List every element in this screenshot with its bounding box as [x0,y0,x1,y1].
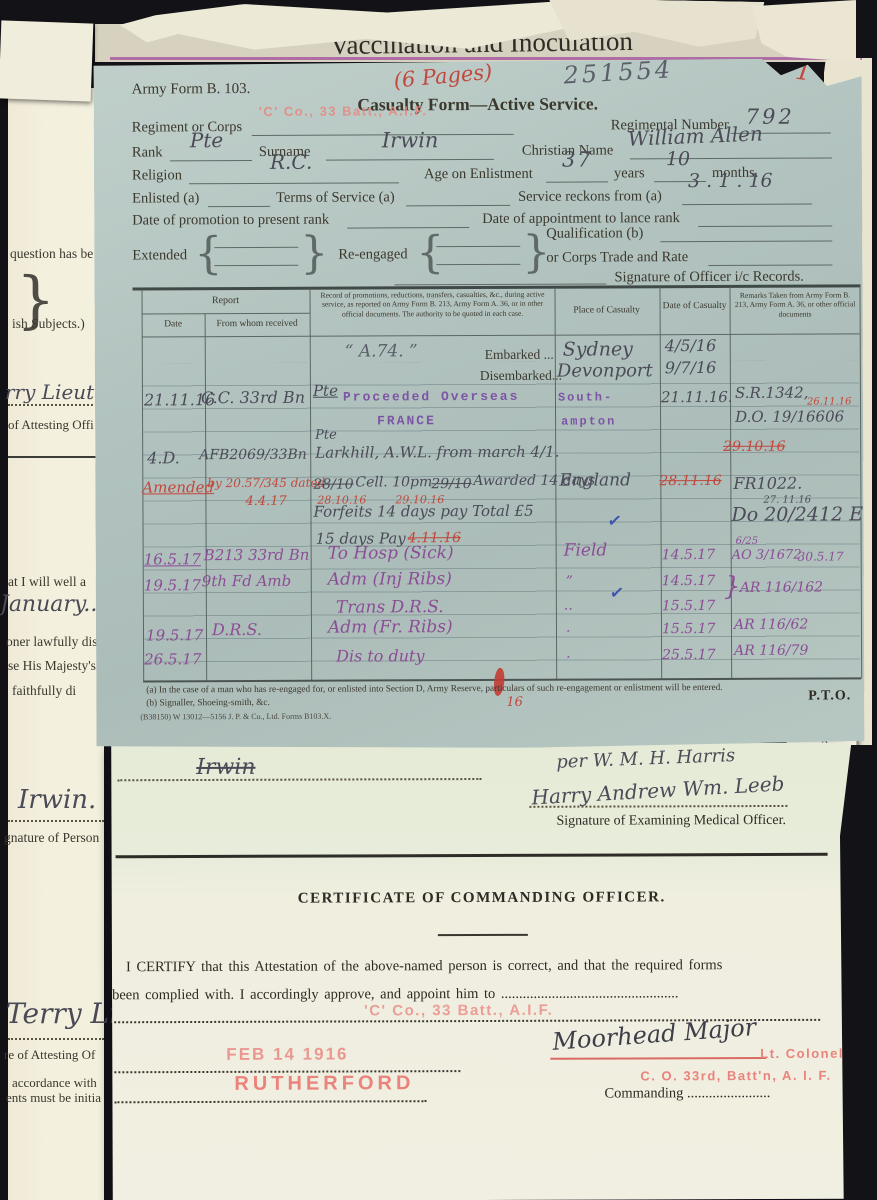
reengaged-line-2 [436,248,520,265]
years-label: years [614,165,645,182]
left-frag-terry-signature: Terry Li [6,998,118,1030]
enlisted-line [208,190,270,207]
regiment-unit-stamp: 'C' Co., 33 Batt., A.I.F. [259,104,428,120]
left-frag-attesting-1: of Attesting Offi [8,418,94,433]
age-label: Age on Enlistment [424,166,533,183]
forfeit-remark: Do 20/2412 E. [731,504,869,526]
admitted1-remark: AR 116/162 [740,580,823,596]
overseas-place-top: South- [558,391,613,405]
col-header-date: Date [142,319,205,330]
left-frag-irwin-signature: Irwin. [18,786,96,816]
title-underline-rule [438,934,528,936]
col-header-from: From whom received [205,319,310,330]
overseas-remark-2: D.O. 19/16606 [735,408,844,426]
certify-body-line-2: been complied with. I accordingly approv… [112,985,679,1004]
overseas-from: C.C. 33rd Bn [201,389,305,408]
black-edge-bottom-right [840,745,877,1200]
transfer-record: Trans D.R.S. [336,598,444,618]
medical-officer-signature: Harry Andrew Wm. Leeb [531,772,785,809]
corps-trade-label: or Corps Trade and Rate [546,249,688,266]
reckons-label: Service reckons from (a) [518,188,662,205]
disembark-date: 9/7/16 [665,359,717,378]
date-stamp: FEB 14 1916 [226,1044,348,1064]
overseas-remark-1: S.R.1342, [735,385,809,403]
left-frag-question: question has be [10,246,93,262]
amended-casualty-date: 28.11.16 [659,473,721,489]
amended-stamp: Amended [142,479,214,497]
pages-note: (6 Pages) [393,60,494,93]
terms-label: Terms of Service (a) [276,189,395,206]
overseas-rank: Pte [313,383,338,400]
hospital-remark-small: 6/25 [736,536,759,548]
forfeit-record: Forfeits 14 days pay Total £5 [313,503,533,521]
scanned-documents-stage: Vaccination and Inoculation 16/2 questio… [0,0,877,1200]
admitted1-from: 9th Fd Amb [202,573,292,591]
rank-value: Pte [190,129,223,152]
ship-number: “ A.74. ” [345,342,418,362]
page-number: 1 [794,58,813,87]
admitted2-casualty-date: 15.5.17 [662,621,716,637]
records-sig-line [394,267,606,285]
disembarked-label: Disembarked... [480,368,562,384]
qualification-line [660,224,832,242]
admitted2-record: Adm (Fr. Ribs) [328,618,453,638]
left-frag-sig-person: gnature of Person [4,830,99,846]
admitted2-date: 19.5.17 [146,627,203,644]
col-header-casualty-date: Date of Casualty [662,301,728,312]
duty-record: Dis to duty [336,647,424,666]
age-years-value: 37 [562,148,593,172]
enlisted-label: Enlisted (a) [132,190,199,207]
footnote-a: (a) In the case of a man who has re-enga… [146,683,722,696]
awl-from: AFB2069/33Bn [199,447,307,464]
duty-casualty-date: 25.5.17 [662,647,716,663]
embarked-label: Embarked ... [485,347,554,363]
admitted2-remark: AR 116/62 [734,617,808,633]
awl-date: 4.D. [147,449,180,468]
duty-place-ditto: . [566,646,571,662]
black-corner-top-right [856,0,877,58]
corps-trade-line [708,248,832,266]
promotion-label: Date of promotion to present rank [132,212,329,230]
amended-note-date: 4.4.17 [245,495,286,510]
rank-label: Rank [132,144,163,161]
hospital-place: Field [564,541,608,561]
extended-line-1 [214,231,298,248]
left-frag-attesting-2: re of Attesting Of [4,1048,95,1063]
amended-note: by 20.57/345 dated [207,477,325,491]
embark-date: 4/5/16 [665,337,717,356]
medical-signature-dotted-line [529,805,787,808]
left-dotted-line-3 [8,1038,104,1040]
place-stamp: RUTHERFORD [234,1072,414,1096]
amended-struck-2: 29/10 [431,476,471,492]
pto-label: P.T.O. [808,688,851,704]
admitted1-date: 19.5.17 [144,577,201,594]
left-frag-oath-3: se His Majesty's [8,658,96,674]
col-header-remarks: Remarks Taken from Army Form B. 213, Arm… [733,290,858,319]
left-frag-accordance: accordance with [12,1076,97,1091]
overseas-remark-1-date: 26.11.16 [807,396,852,408]
hospital-date: 16.5.17 [144,551,201,568]
per-note: per W. M. H. Harris [556,746,736,774]
reengaged-label: Re-engaged [338,246,407,263]
admitted1-brace: } [724,573,741,603]
hospital-remark-date: 30.5.17 [798,550,844,564]
duty-remark: AR 116/79 [734,643,808,659]
certify-body-line-1: I CERTIFY that this Attestation of the a… [126,957,722,976]
rank-stamp: Lt. Colonel. [760,1047,849,1062]
france-stamp: FRANCE [377,414,436,429]
blue-check-1: ✓ [606,511,623,532]
transfer-place-ditto: .. [564,598,573,614]
imprint: (B38150) W 13012—5156 J. P. & Co., Ltd. … [140,712,331,722]
left-dotted-line-1 [8,404,100,406]
extended-brace-close: } [300,229,328,280]
serial-number: 251554 [563,56,674,90]
admitted2-from: D.R.S. [212,621,262,640]
amended-remark: FR1022. [733,475,802,494]
medical-name-dotted-line [117,778,481,781]
amended-struck-1: 28/10 [313,477,353,493]
left-divider [8,456,104,458]
admitted1-casualty-date: 14.5.17 [662,573,716,589]
amended-place: England [559,471,631,491]
signature-red-underline [550,1057,766,1060]
co-unit-stamp: C. O. 33rd, Batt'n, A. I. F. [640,1069,831,1085]
left-frag-initialled: ents must be initia [6,1091,101,1106]
hospital-remark: AO 3/1672 [732,549,802,564]
unit-stamp: 'C' Co., 33 Batt., A.I.F. [364,1002,553,1020]
casualty-form: Army Form B. 103. (6 Pages) 251554 1 Cas… [94,58,865,749]
admitted2-place-ditto: . [566,620,571,636]
transfer-casualty-date: 15.5.17 [662,598,716,614]
medical-signature-label: Signature of Examining Medical Officer. [556,813,786,830]
extended-line-2 [214,249,298,266]
hospital-from: B213 33rd Bn [204,547,310,565]
disembark-place: Devonport [557,361,653,382]
blue-check-2: ✓ [609,583,626,604]
awl-red-date: 29.10.16 [723,439,785,455]
extended-label: Extended [132,247,187,264]
col-header-record: Record of promotions, reductions, transf… [315,290,551,319]
table-report-split [142,313,310,315]
records-sig-label: Signature of Officer i/c Records. [614,269,803,286]
section-rule [116,853,828,858]
regiment-label: Regiment or Corps [132,119,242,136]
torn-paper-piece-left [0,20,93,101]
col-header-place: Place of Casualty [557,305,657,316]
amended-mid: Cell. 10pm [355,474,432,490]
overseas-place-bottom: ampton [561,415,616,429]
awl-rank: Pte [315,429,337,444]
left-frag-oath-1: at I will well a [8,574,86,590]
overseas-casualty-date: 21.11.16. [661,389,733,407]
embark-place: Sydney [563,339,633,361]
proceeded-overseas-stamp: Proceeded Overseas [343,390,520,406]
admitted1-place-ditto: ” [566,574,573,590]
certificate-page: Irwin per W. M. H. Harris Harry Andrew W… [111,743,853,1200]
bottom-left-dotted-line [114,1100,426,1103]
hospital-record: To Hosp (Sick) [328,544,454,564]
age-months-value: 10 [666,149,690,171]
surname-value: Irwin [382,128,439,152]
red-ink-note: 16 [506,696,523,711]
duty-date: 26.5.17 [144,651,201,668]
table-header-bottom [142,333,860,337]
left-frag-signature-1: rry Lieut. [5,381,101,404]
left-frag-oath-2: oner lawfully dis [6,634,97,650]
hospital-casualty-date: 14.5.17 [662,547,716,563]
promotion-line [347,211,469,229]
commanding-label: Commanding ....................... [604,1085,770,1102]
admitted1-record: Adm (Inj Ribs) [328,570,452,590]
religion-label: Religion [132,167,182,184]
left-frag-january: January... [0,592,104,617]
certificate-title: CERTIFICATE OF COMMANDING OFFICER. [112,889,852,909]
terms-line [406,189,510,206]
col-header-report: Report [142,295,310,307]
reengaged-line-1 [436,230,520,247]
awl-record: Larkhill, A.W.L. from march 4/1. [315,444,559,462]
left-dotted-line-2 [8,820,104,822]
left-frag-oath-4: faithfully di [12,683,76,699]
footnote-b: (b) Signaller, Shoeing-smith, &c. [146,698,270,709]
struck-name: Irwin [196,755,255,781]
religion-value: R.C. [270,151,312,174]
left-frag-subjects: ish Subjects.) [12,316,85,332]
reckons-value: 3 . 1 . 16 [688,171,773,193]
qualification-label: Qualification (b) [546,225,643,242]
left-attestation-page: question has be } ish Subjects.) rry Lie… [8,88,104,1200]
